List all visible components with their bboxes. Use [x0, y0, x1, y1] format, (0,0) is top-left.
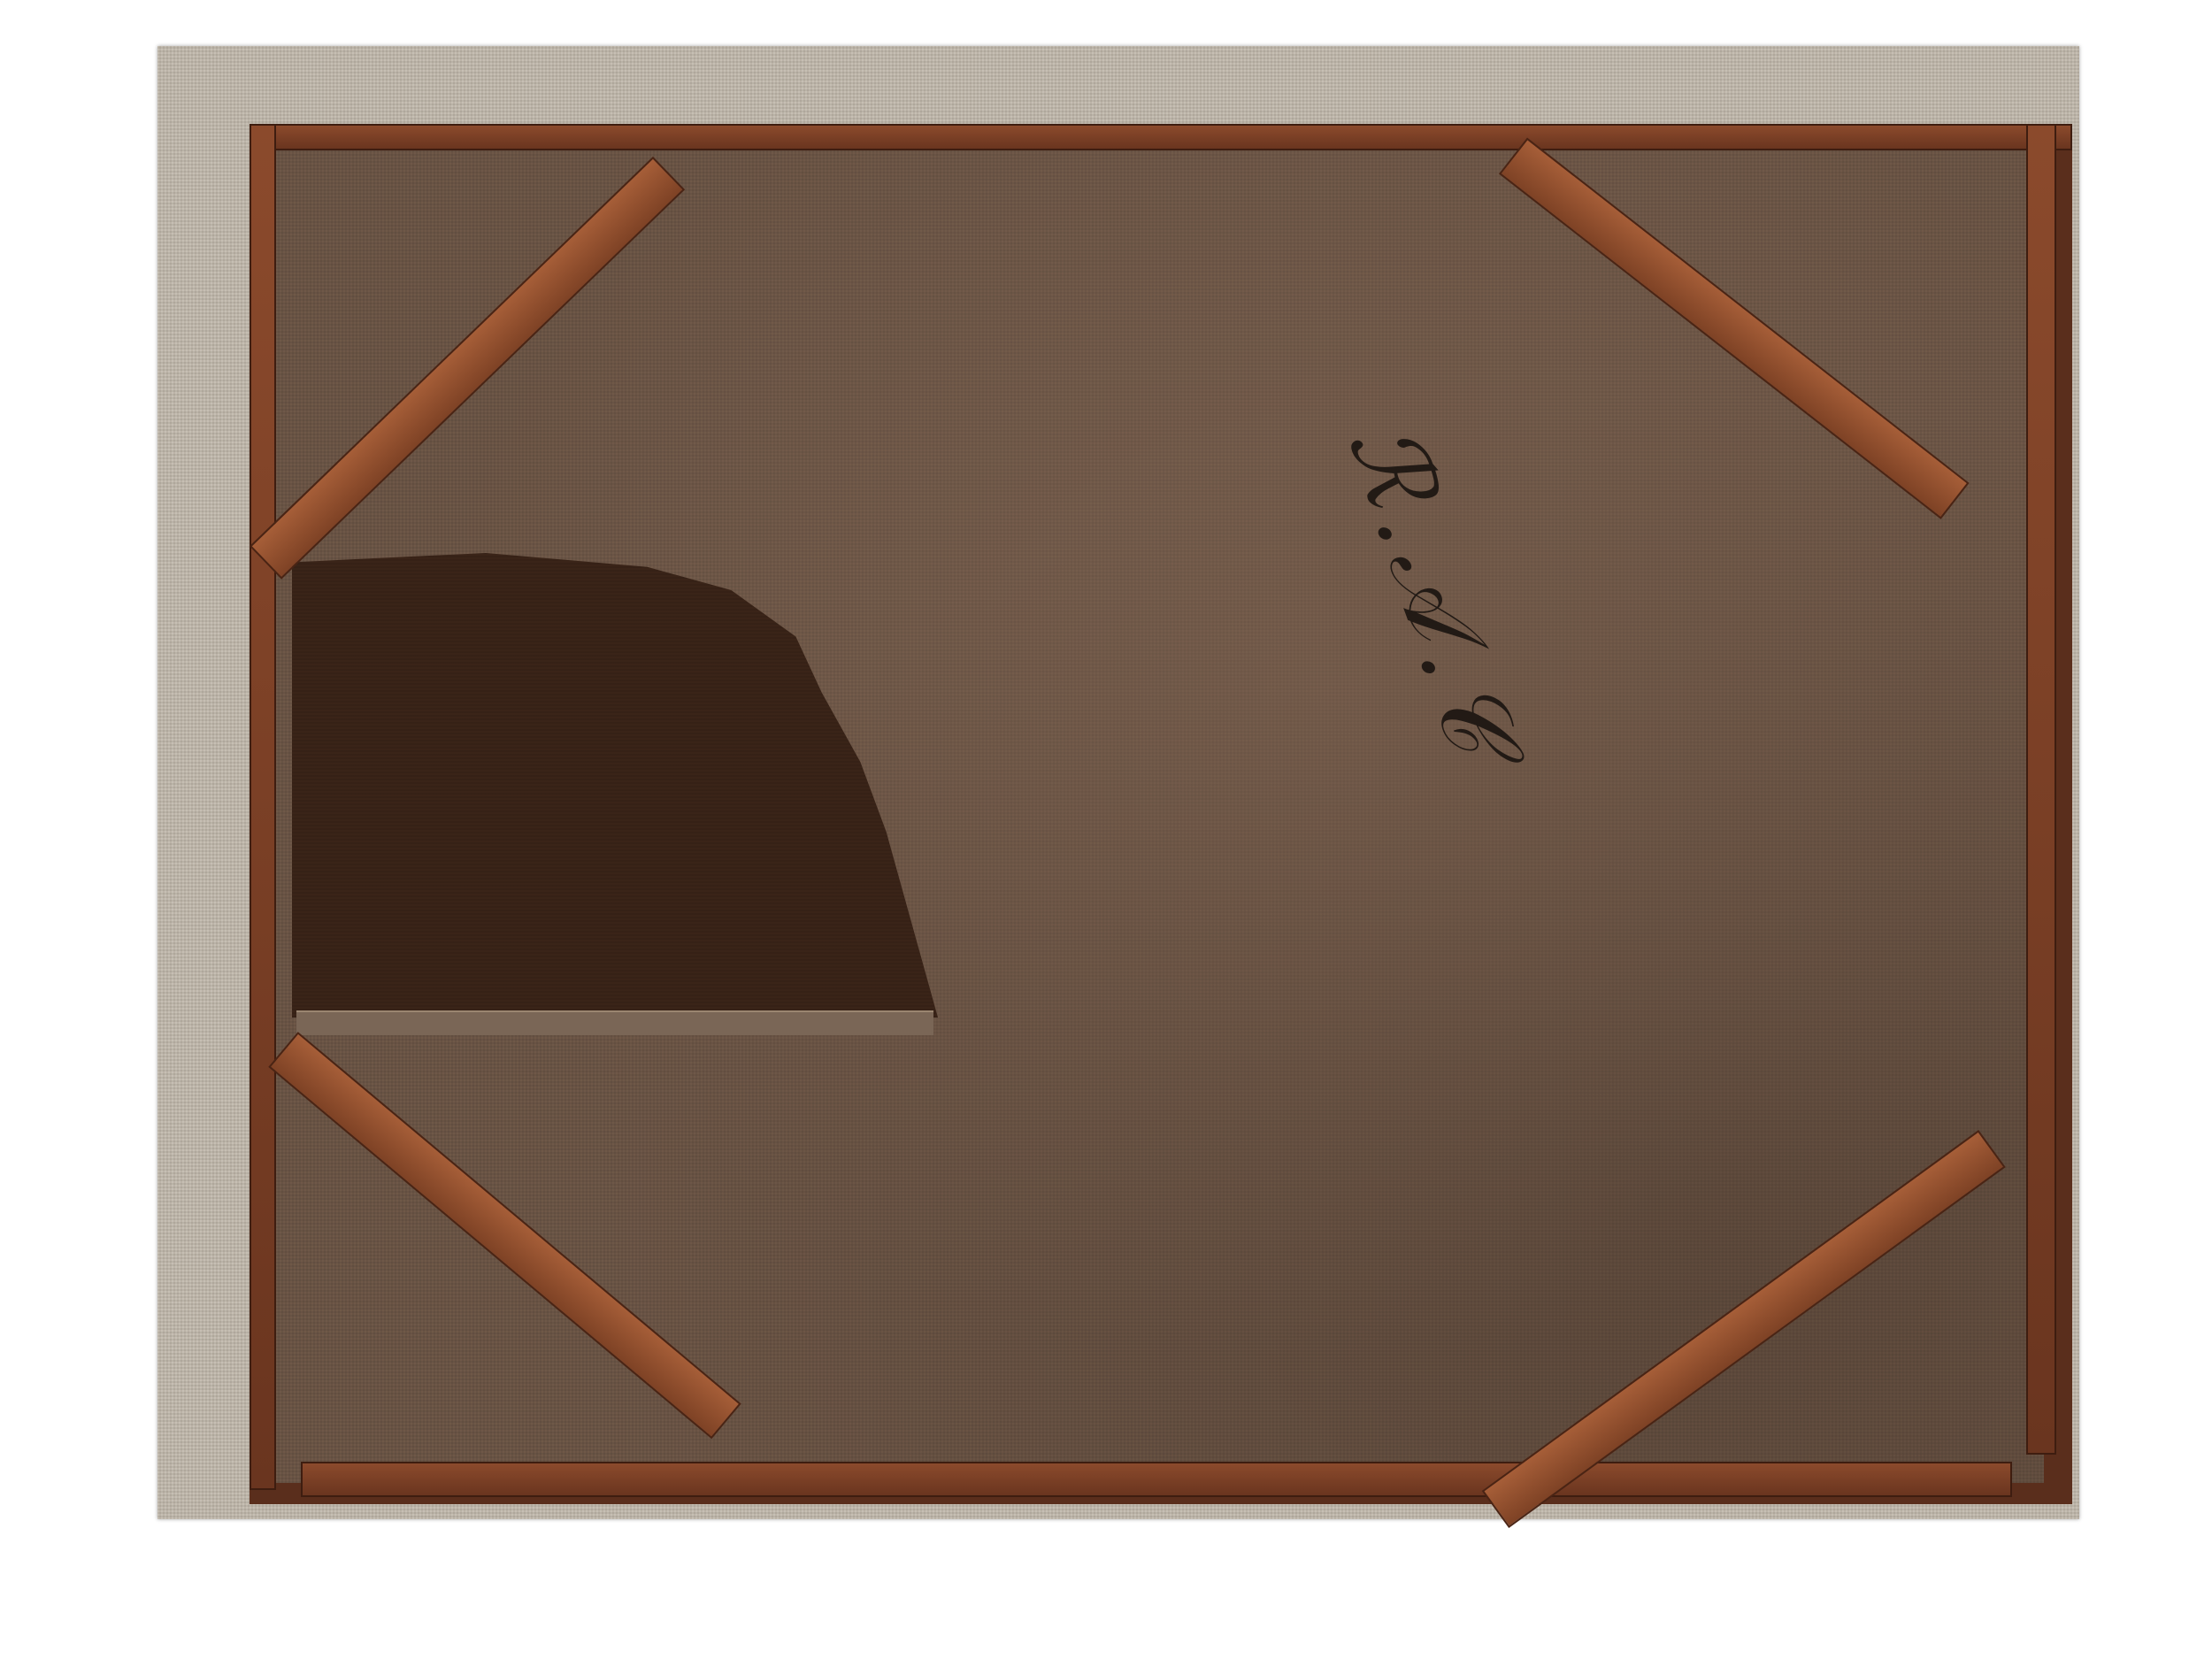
- stretcher-bar-left: [250, 124, 276, 1490]
- stretcher-bar-right: [2026, 124, 2056, 1455]
- patch-frayed-edge: [296, 1010, 933, 1035]
- stretcher-bar-bottom: [301, 1462, 2012, 1497]
- stretcher-bar-top: [250, 124, 2072, 150]
